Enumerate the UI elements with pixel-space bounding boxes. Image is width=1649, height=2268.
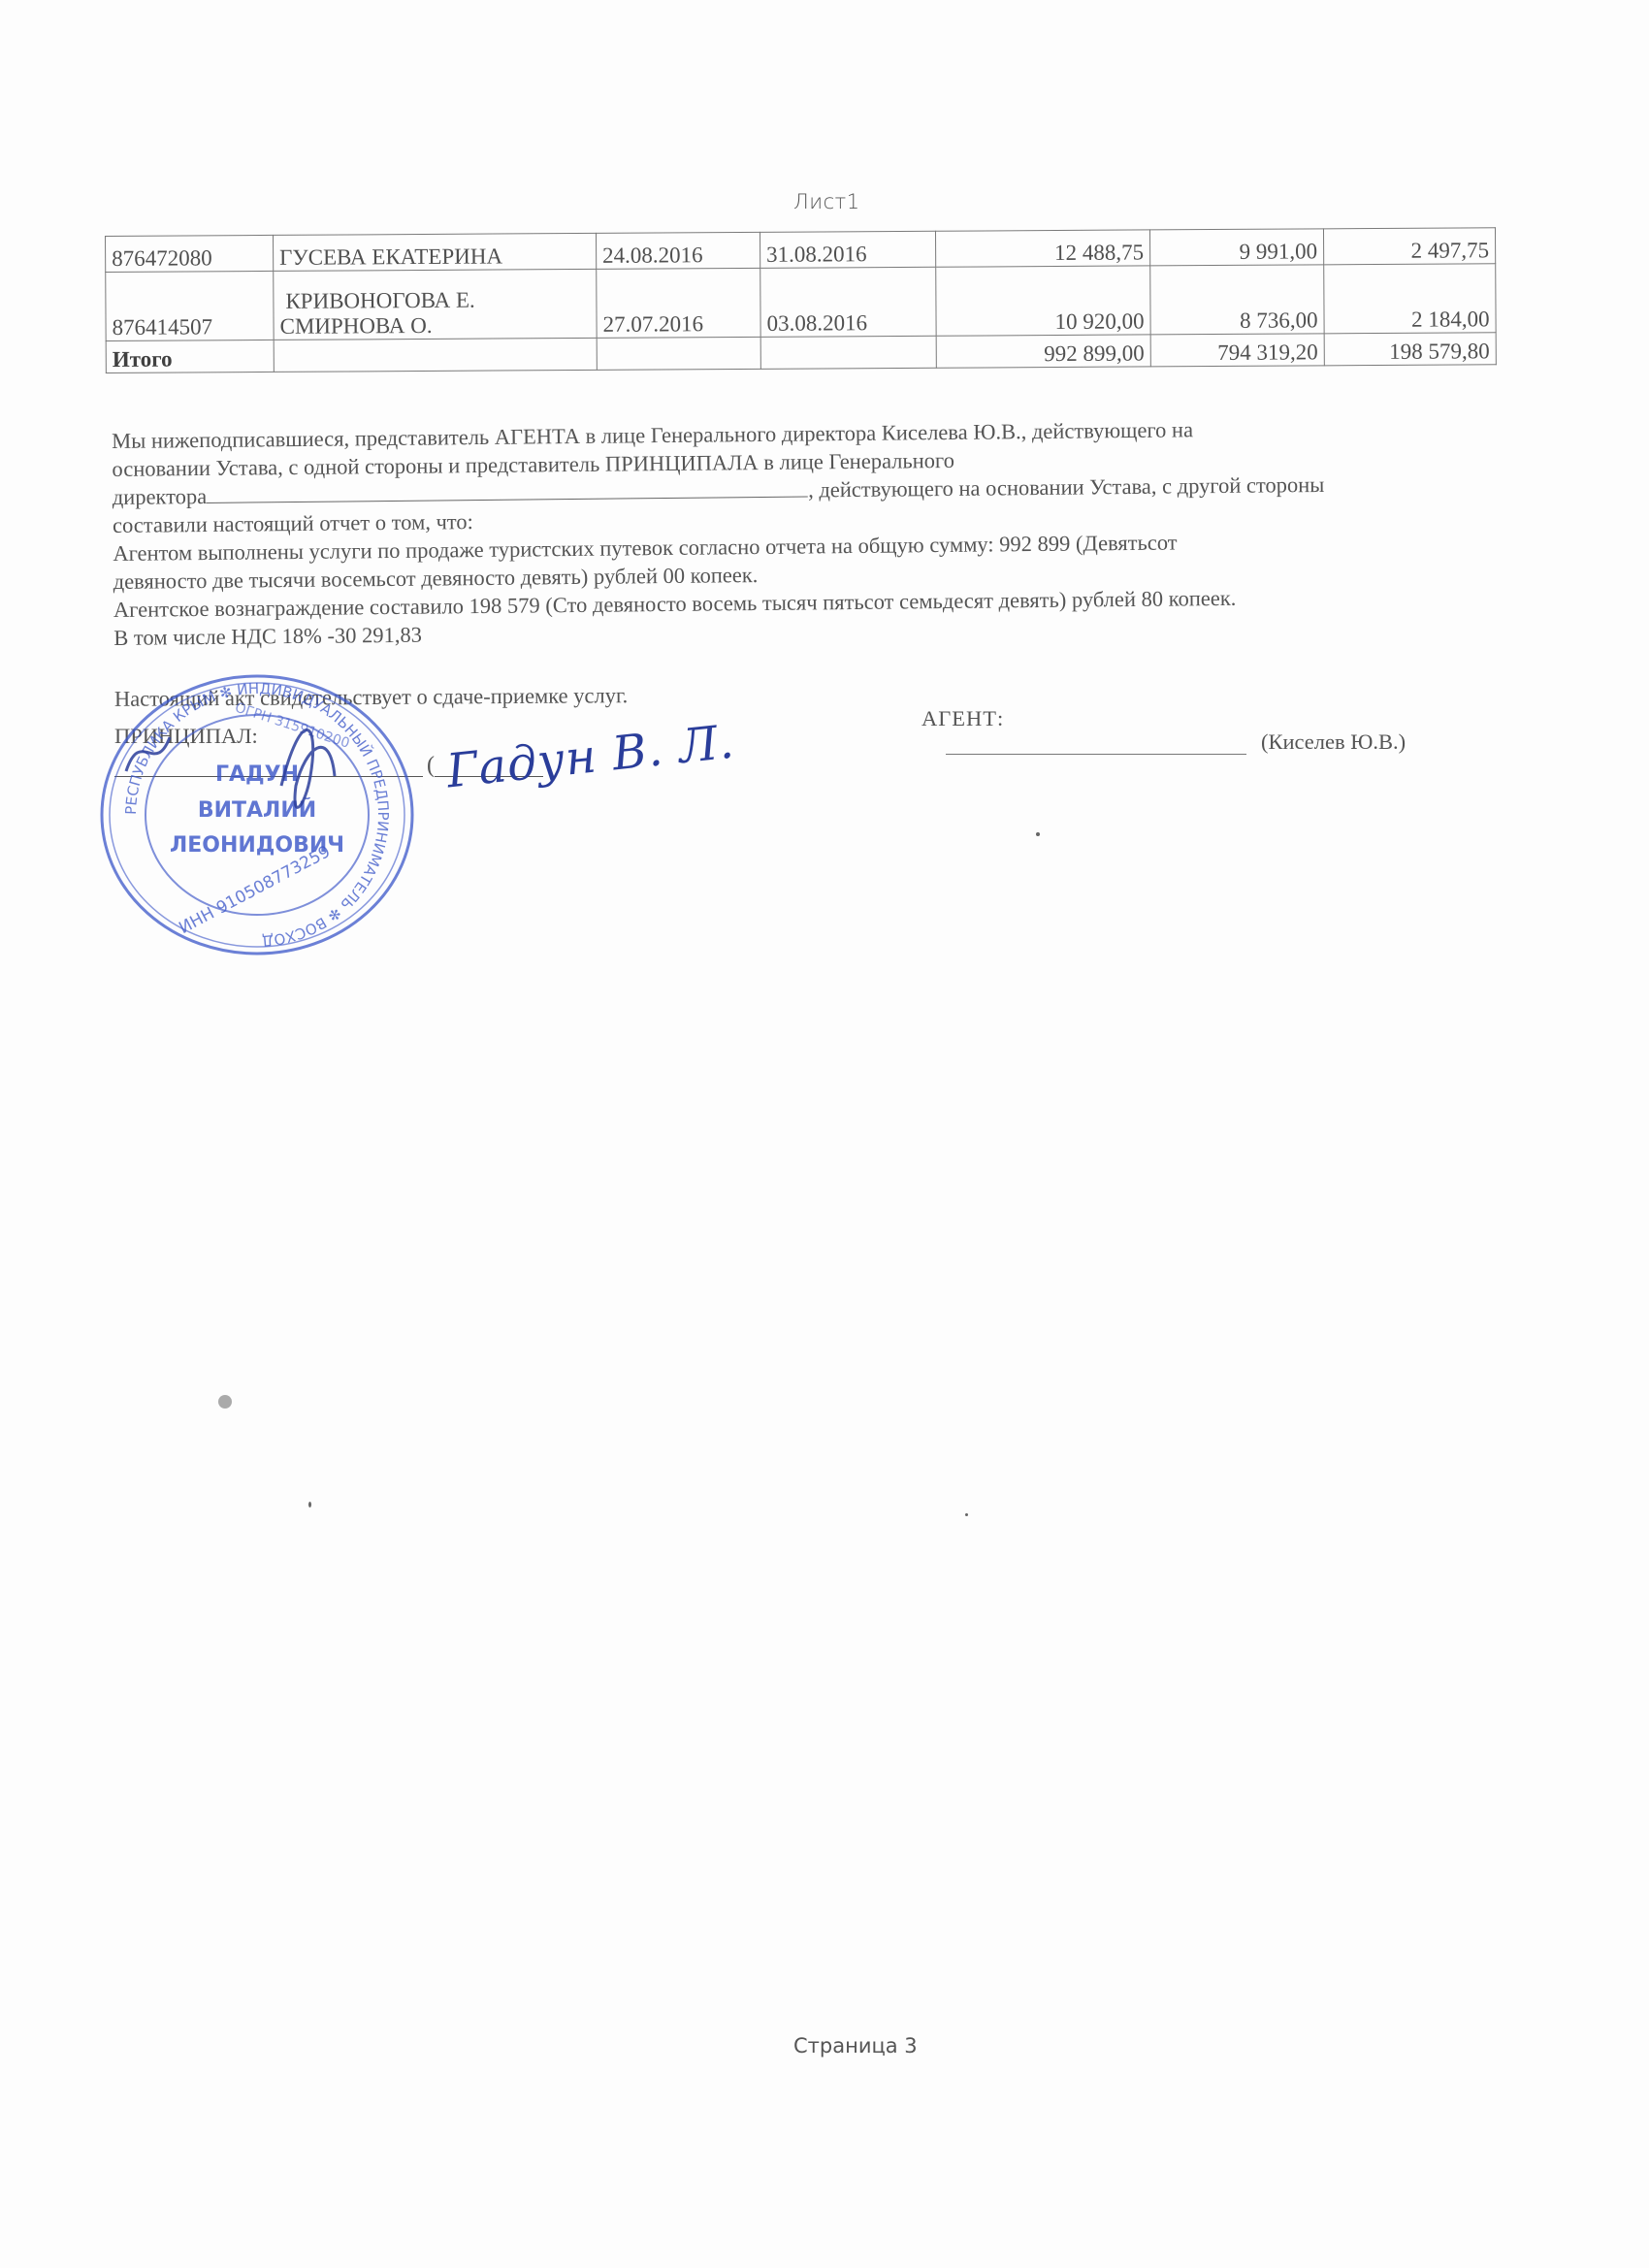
act-body: Мы нижеподписавшиеся, представитель АГЕН… bbox=[112, 412, 1491, 652]
scan-speck bbox=[308, 1502, 311, 1507]
name-line: СМИРНОВА О. bbox=[279, 312, 590, 340]
table-row: 876414507 КРИВОНОГОВА Е. СМИРНОВА О. 27.… bbox=[106, 264, 1496, 341]
principal-handwritten-name: Гадун В. Л. bbox=[444, 715, 737, 799]
cell-name: КРИВОНОГОВА Е. СМИРНОВА О. bbox=[274, 269, 597, 340]
total-label: Итого bbox=[106, 340, 274, 373]
stamp-icon: РЕСПУБЛИКА КРЫМ ✻ ИНДИВИДУАЛЬНЫЙ ПРЕДПРИ… bbox=[97, 669, 417, 960]
cell-empty bbox=[274, 338, 597, 372]
report-table: 876472080 ГУСЕВА ЕКАТЕРИНА 24.08.2016 31… bbox=[105, 227, 1497, 373]
scan-speck bbox=[965, 1513, 968, 1516]
cell-id: 876472080 bbox=[106, 235, 274, 272]
scan-speck bbox=[1036, 832, 1040, 836]
total-commission: 198 579,80 bbox=[1324, 333, 1496, 366]
page-number: Страница 3 bbox=[793, 2034, 918, 2057]
agent-name: (Киселев Ю.В.) bbox=[1261, 729, 1406, 755]
blank-line bbox=[207, 476, 808, 502]
sheet-title: Лист1 bbox=[793, 190, 860, 213]
cell-amount: 12 488,75 bbox=[935, 230, 1149, 267]
cell-commission: 2 497,75 bbox=[1323, 228, 1495, 265]
stamp-line: ВИТАЛИЙ bbox=[198, 797, 316, 823]
total-amount: 992 899,00 bbox=[936, 335, 1150, 368]
cell-paid: 8 736,00 bbox=[1150, 265, 1324, 335]
cell-commission: 2 184,00 bbox=[1324, 264, 1496, 334]
agent-label: АГЕНТ: bbox=[921, 706, 1004, 731]
cell-date-from: 27.07.2016 bbox=[597, 268, 760, 338]
cell-date-from: 24.08.2016 bbox=[596, 232, 760, 269]
scan-speck bbox=[218, 1395, 232, 1409]
cell-paid: 9 991,00 bbox=[1149, 229, 1323, 266]
total-paid: 794 319,20 bbox=[1150, 334, 1324, 367]
stamp-ogrn: ОГРН 315910200 bbox=[233, 700, 351, 752]
principal-paren: ( bbox=[427, 753, 435, 779]
cell-date-to: 31.08.2016 bbox=[760, 231, 935, 268]
name-line: КРИВОНОГОВА Е. bbox=[279, 287, 590, 314]
agent-signature-line bbox=[946, 754, 1246, 755]
body-line-suffix: , действующего на основании Устава, с др… bbox=[808, 472, 1324, 502]
cell-empty bbox=[760, 336, 936, 369]
cell-date-to: 03.08.2016 bbox=[760, 267, 936, 337]
cell-amount: 10 920,00 bbox=[936, 266, 1150, 336]
body-line-prefix: директора bbox=[113, 484, 208, 509]
cell-empty bbox=[597, 337, 760, 370]
cell-name: ГУСЕВА ЕКАТЕРИНА bbox=[273, 233, 596, 271]
cell-id: 876414507 bbox=[106, 271, 274, 340]
